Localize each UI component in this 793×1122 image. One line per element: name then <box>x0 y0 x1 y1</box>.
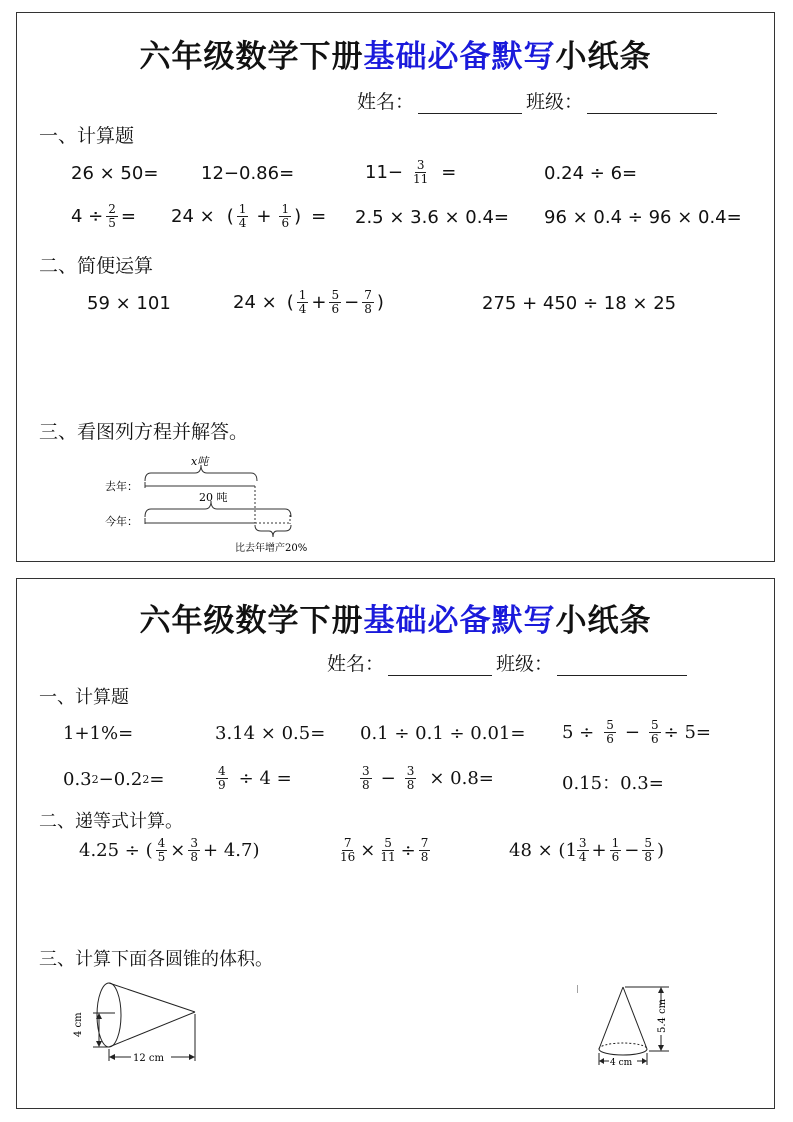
title-highlight: 基础必备默写 <box>364 603 556 639</box>
fraction: 25 <box>106 203 118 230</box>
problem: 49 ÷ 4 = <box>213 765 292 792</box>
title-part: 小纸条 <box>556 603 652 639</box>
problem: 24 × ( 14+ 56− 78) <box>233 289 384 316</box>
fraction: 56 <box>329 289 341 316</box>
problem: 12−0.86= <box>201 163 294 184</box>
section-heading: 二、递等式计算。 <box>39 807 183 833</box>
name-field[interactable] <box>388 657 492 676</box>
title-part: 六年级数学下册 <box>140 39 364 75</box>
problem: 2.5 × 3.6 × 0.4= <box>355 207 509 228</box>
fraction: 38 <box>188 837 200 864</box>
svg-text:5.4 cm: 5.4 cm <box>657 998 668 1033</box>
section-heading: 二、简便运算 <box>39 251 153 278</box>
problem: 275 + 450 ÷ 18 × 25 <box>482 293 676 314</box>
svg-text:今年：: 今年： <box>105 514 138 528</box>
section-heading: 三、看图列方程并解答。 <box>39 417 248 444</box>
problem: 1+1%= <box>63 723 133 744</box>
class-field[interactable] <box>557 657 687 676</box>
name-label: 姓名： <box>327 653 384 675</box>
fraction: 38 <box>405 765 417 792</box>
dictation-sheet-1: 六年级数学下册基础必备默写小纸条 姓名：班级： 一、计算题 26 × 50= 1… <box>16 12 775 562</box>
svg-text:去年：: 去年： <box>105 479 138 493</box>
title-highlight: 基础必备默写 <box>364 39 556 75</box>
class-label: 班级： <box>496 653 553 675</box>
class-field[interactable] <box>587 95 717 114</box>
problem: 24 × ( 14 + 16 ) = <box>171 203 326 230</box>
title-part: 小纸条 <box>556 39 652 75</box>
fraction: 78 <box>362 289 374 316</box>
sheet-title: 六年级数学下册基础必备默写小纸条 <box>17 595 774 640</box>
svg-text:20 吨: 20 吨 <box>199 490 228 504</box>
expr-text: 4 ÷ <box>71 206 103 227</box>
fraction: 56 <box>649 719 661 746</box>
fraction: 38 <box>360 765 372 792</box>
expr-text: 5 ÷ <box>562 722 594 743</box>
fraction: 56 <box>604 719 616 746</box>
svg-text:12 cm: 12 cm <box>133 1053 165 1064</box>
fraction: 511 <box>378 837 397 864</box>
name-label: 姓名： <box>357 91 414 113</box>
fraction: 78 <box>419 837 431 864</box>
section-heading: 一、计算题 <box>39 121 134 148</box>
problem: 48 × (1 34+ 16− 58) <box>509 837 664 864</box>
cone-diagram-horizontal: 4 cm 12 cm <box>59 979 209 1069</box>
fraction: 14 <box>297 289 309 316</box>
fraction: 34 <box>577 837 589 864</box>
fraction: 16 <box>610 837 622 864</box>
problem: 0.1 ÷ 0.1 ÷ 0.01= <box>360 723 525 744</box>
expr-text: 11− <box>365 162 403 183</box>
problem: 59 × 101 <box>87 293 171 314</box>
problem: 38 − 38 × 0.8= <box>357 765 494 792</box>
name-field[interactable] <box>418 95 522 114</box>
expr-text: = <box>441 162 456 183</box>
problem: 716× 511÷ 78 <box>335 837 433 864</box>
section-heading: 一、计算题 <box>39 683 129 709</box>
name-class-bar: 姓名：班级： <box>357 87 717 114</box>
fraction: 311 <box>411 159 430 186</box>
svg-text:比去年增产20%: 比去年增产20% <box>235 541 307 553</box>
problem: 3.14 × 0.5= <box>215 723 325 744</box>
problem: 4.25 ÷ ( 45× 38+ 4.7) <box>79 837 259 864</box>
cone-diagram-vertical: 5.4 cm 4 cm <box>577 981 677 1071</box>
fraction: 58 <box>642 837 654 864</box>
problem: 4 ÷ 25= <box>71 203 136 230</box>
fraction: 45 <box>156 837 168 864</box>
fraction: 716 <box>338 837 357 864</box>
problem: 0.32−0.22= <box>63 769 164 790</box>
fraction: 16 <box>279 203 291 230</box>
svg-text:4 cm: 4 cm <box>73 1012 84 1037</box>
class-label: 班级： <box>526 91 583 113</box>
sheet-title: 六年级数学下册基础必备默写小纸条 <box>17 31 774 76</box>
expr-text: 24 × <box>171 206 215 227</box>
problem: 11− 311 = <box>365 159 456 186</box>
fraction: 49 <box>216 765 228 792</box>
dictation-sheet-2: 六年级数学下册基础必备默写小纸条 姓名：班级： 一、计算题 1+1%= 3.14… <box>16 578 775 1109</box>
problem: 96 × 0.4 ÷ 96 × 0.4= <box>544 207 742 228</box>
svg-text:4 cm: 4 cm <box>610 1058 633 1068</box>
section-heading: 三、计算下面各圆锥的体积。 <box>39 945 273 971</box>
problem: 5 ÷ 56 − 56÷ 5= <box>562 719 711 746</box>
title-part: 六年级数学下册 <box>140 603 364 639</box>
name-class-bar: 姓名：班级： <box>327 649 687 676</box>
line-segment-diagram: x吨 去年： 20 吨 今年： 比去年增产20% <box>95 453 335 553</box>
problem: 0.24 ÷ 6= <box>544 163 637 184</box>
problem: 0.15：0.3= <box>562 769 664 795</box>
problem: 26 × 50= <box>71 163 158 184</box>
expr-text: 24 × <box>233 292 277 313</box>
expr-text: = <box>121 206 136 227</box>
fraction: 14 <box>237 203 249 230</box>
